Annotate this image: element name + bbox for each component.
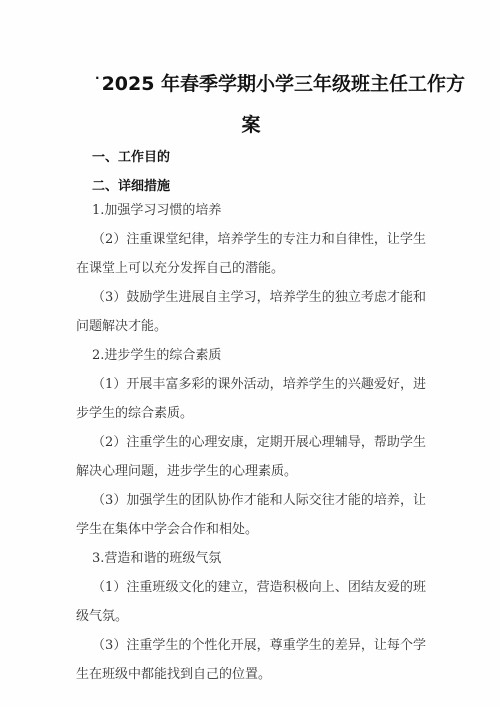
subsection-label: 1.加强学习习惯的培养 bbox=[76, 196, 426, 225]
section-heading-measures: 二、详细措施 bbox=[92, 175, 170, 194]
subsection-label: 3.营造和谐的班级气氛 bbox=[76, 544, 426, 573]
paragraph: （3）鼓励学生进展自主学习，培养学生的独立考虑才能和问题解决才能。 bbox=[76, 283, 426, 341]
document-title-line1: ·2025 年春季学期小学三年级班主任工作方 bbox=[95, 69, 425, 96]
document-body: 1.加强学习习惯的培养 （2）注重课堂纪律，培养学生的专注力和自律性，让学生在课… bbox=[76, 196, 426, 689]
subsection-label: 2.进步学生的综合素质 bbox=[76, 341, 426, 370]
document-title-line2: 案 bbox=[76, 110, 426, 137]
title-text: 2025 年春季学期小学三年级班主任工作方 bbox=[102, 73, 466, 95]
paragraph: （1）注重班级文化的建立，营造积极向上、团结友爱的班级气氛。 bbox=[76, 573, 426, 631]
section-heading-goals: 一、工作目的 bbox=[92, 146, 170, 165]
paragraph: （2）注重学生的心理安康，定期开展心理辅导，帮助学生解决心理问题，进步学生的心理… bbox=[76, 428, 426, 486]
paragraph: （3）加强学生的团队协作才能和人际交往才能的培养，让学生在集体中学会合作和相处。 bbox=[76, 486, 426, 544]
paragraph: （1）开展丰富多彩的课外活动，培养学生的兴趣爱好，进步学生的综合素质。 bbox=[76, 370, 426, 428]
document-page: ·2025 年春季学期小学三年级班主任工作方 案 一、工作目的 二、详细措施 1… bbox=[0, 0, 500, 707]
paragraph: （3）注重学生的个性化开展，尊重学生的差异，让每个学生在班级中都能找到自己的位置… bbox=[76, 631, 426, 689]
paragraph: （2）注重课堂纪律，培养学生的专注力和自律性，让学生在课堂上可以充分发挥自己的潜… bbox=[76, 225, 426, 283]
bullet-dot: · bbox=[95, 71, 100, 85]
